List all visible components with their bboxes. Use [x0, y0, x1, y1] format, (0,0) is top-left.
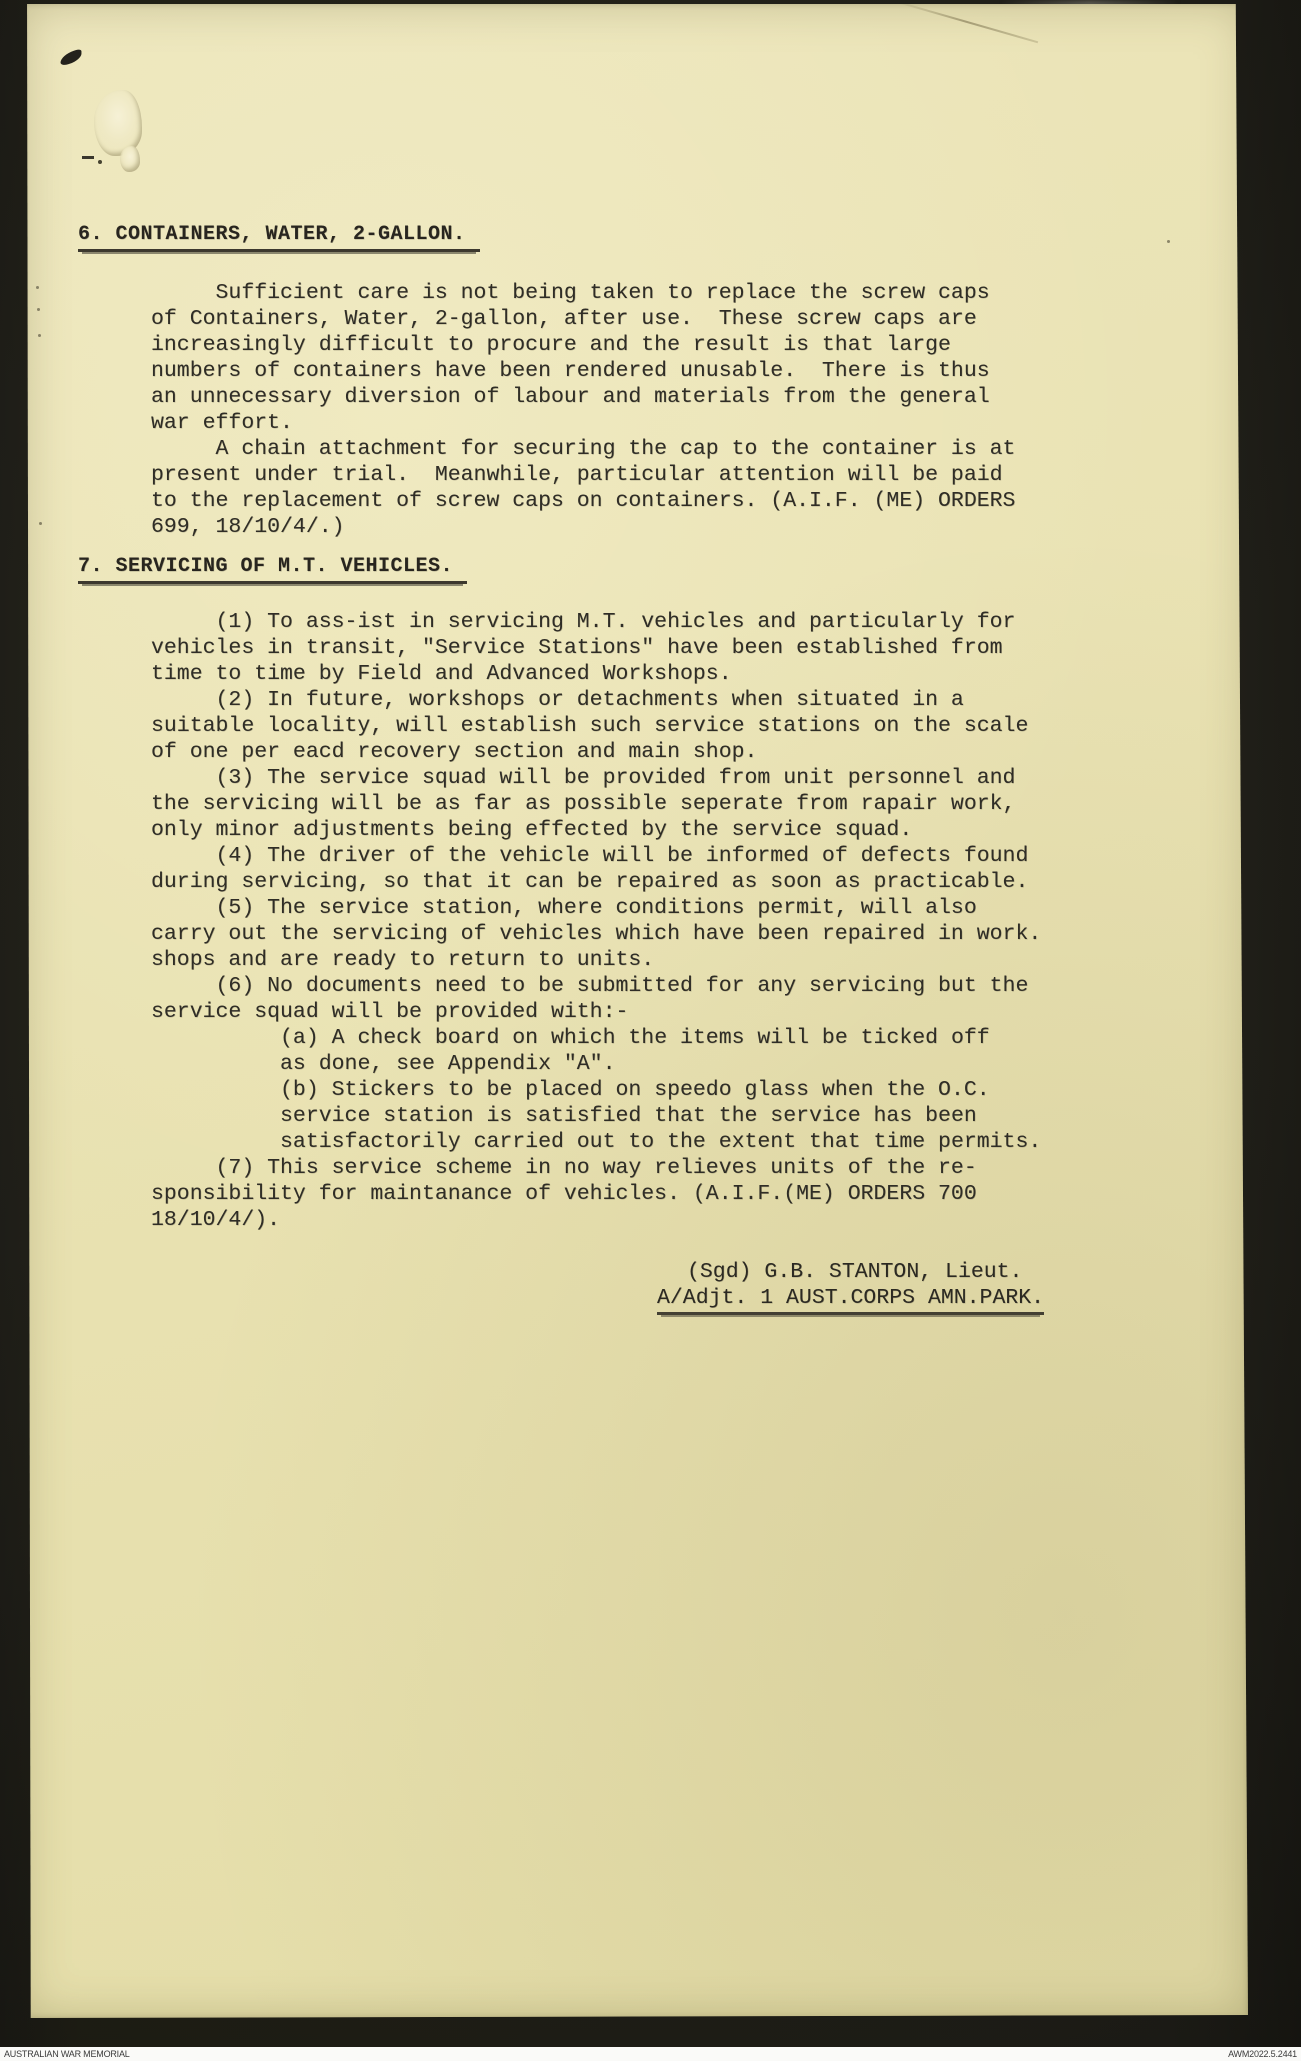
- document-page: 6. CONTAINERS, WATER, 2-GALLON. Sufficie…: [24, 4, 1248, 2018]
- scanned-document-screenshot: { "document": { "sections": [ { "heading…: [0, 0, 1301, 2061]
- section-7-heading: 7. SERVICING OF M.T. VEHICLES.: [78, 554, 1248, 584]
- section-6-paragraph-2: A chain attachment for securing the cap …: [151, 436, 1218, 540]
- section-7-item-1: (1) To ass-ist in servicing M.T. vehicle…: [151, 609, 1218, 687]
- signature-title-text: A/Adjt. 1 AUST.CORPS AMN.PARK.: [657, 1285, 1044, 1315]
- ink-dot-mark: [98, 160, 102, 164]
- section-7-item-4: (4) The driver of the vehicle will be in…: [151, 843, 1218, 895]
- section-7-item-6: (6) No documents need to be submitted fo…: [151, 973, 1218, 1155]
- section-7-item-2: (2) In future, workshops or detachments …: [151, 687, 1218, 765]
- signature-name-line: (Sgd) G.B. STANTON, Lieut.: [687, 1259, 1248, 1285]
- paper-tear-small: [120, 146, 140, 172]
- ink-dash-mark: [82, 156, 94, 159]
- section-7-item-5: (5) The service station, where condition…: [151, 895, 1218, 973]
- section-7-item-3: (3) The service squad will be provided f…: [151, 765, 1218, 843]
- archive-source-label: AUSTRALIAN WAR MEMORIAL: [4, 2047, 130, 2061]
- paper-crease: [893, 0, 1038, 43]
- section-7-heading-text: 7. SERVICING OF M.T. VEHICLES.: [78, 554, 467, 584]
- archive-footer-bar: AUSTRALIAN WAR MEMORIAL AWM2022.5.2441: [0, 2047, 1301, 2061]
- section-6-heading: 6. CONTAINERS, WATER, 2-GALLON.: [78, 222, 1248, 252]
- section-6-heading-text: 6. CONTAINERS, WATER, 2-GALLON.: [78, 222, 480, 252]
- section-7-item-7: (7) This service scheme in no way reliev…: [151, 1155, 1218, 1233]
- signature-title-line: A/Adjt. 1 AUST.CORPS AMN.PARK.: [657, 1285, 1248, 1315]
- section-6-paragraph-1: Sufficient care is not being taken to re…: [151, 280, 1218, 436]
- archive-reference-number: AWM2022.5.2441: [1228, 2047, 1297, 2061]
- ink-smudge: [61, 48, 82, 66]
- typewritten-content: 6. CONTAINERS, WATER, 2-GALLON. Sufficie…: [24, 222, 1248, 1315]
- signature-block: (Sgd) G.B. STANTON, Lieut. A/Adjt. 1 AUS…: [24, 1259, 1248, 1315]
